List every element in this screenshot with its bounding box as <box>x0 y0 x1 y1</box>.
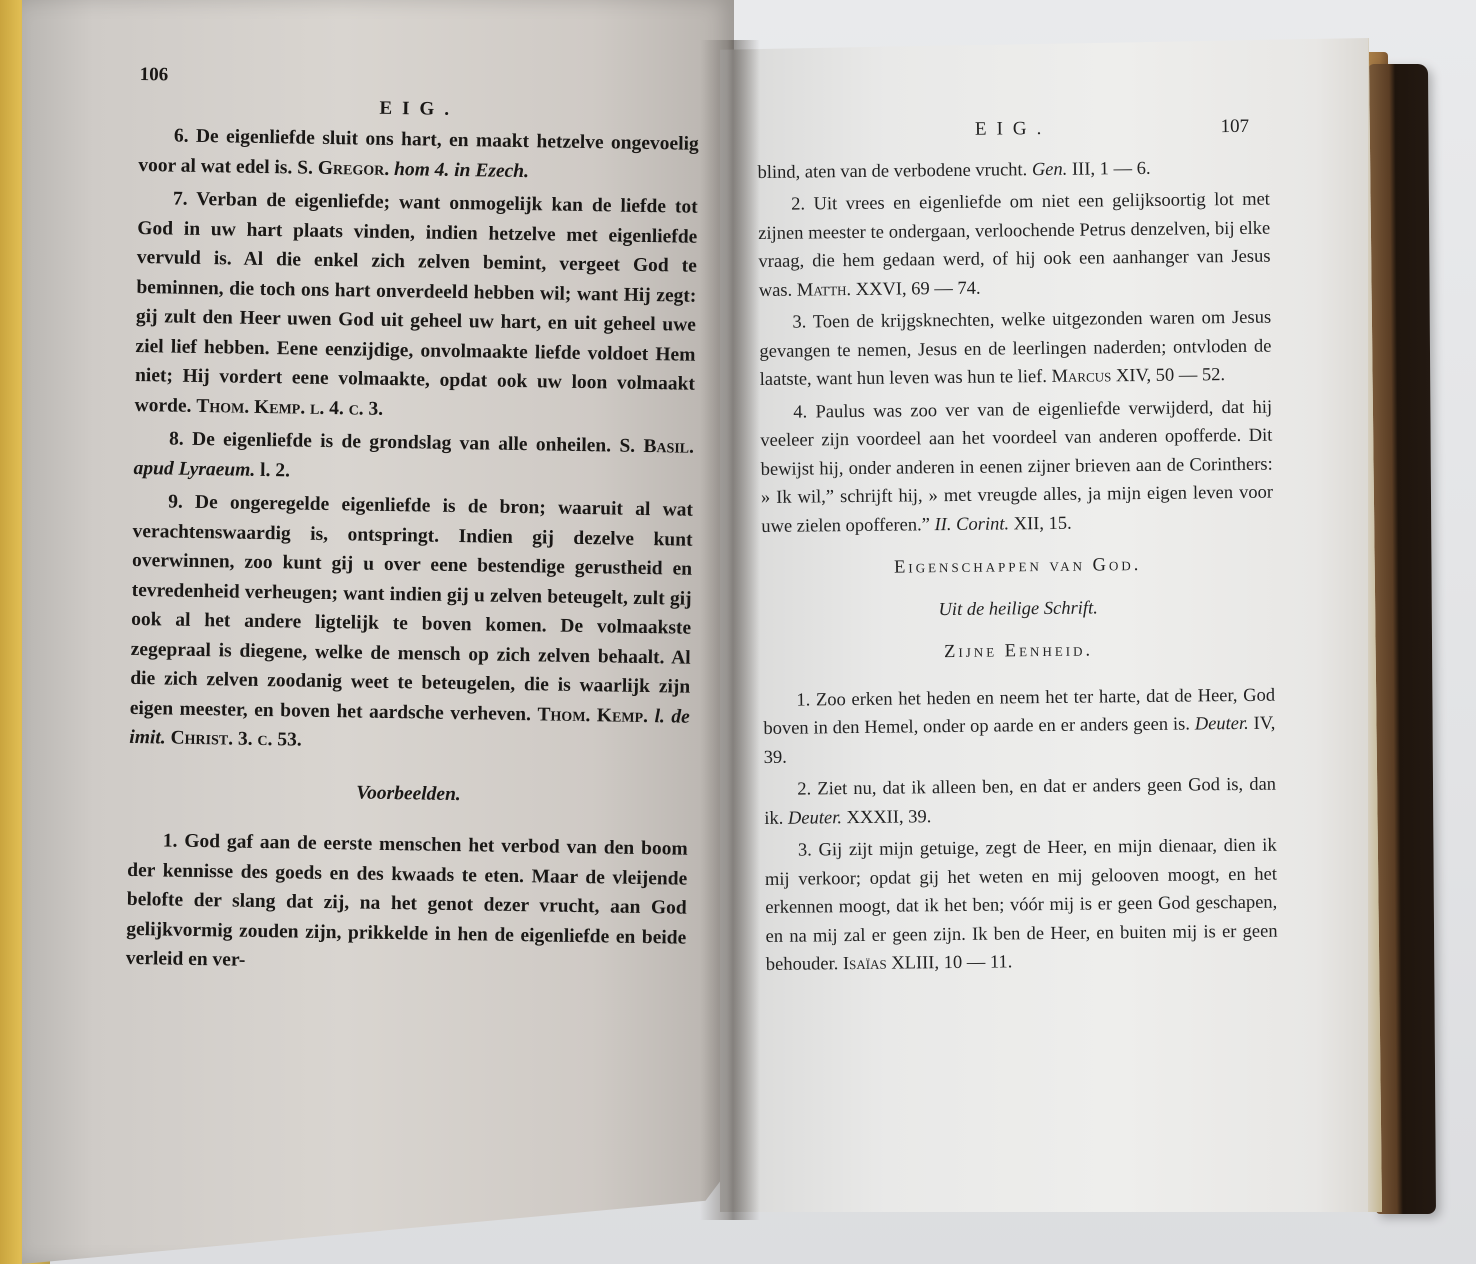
left-page-text: 106 EIG. 6. De eigenliefde sluit ons har… <box>126 60 700 986</box>
paragraph-7: 7. Verban de eigenliefde; want onmogelij… <box>134 184 698 429</box>
book-gutter <box>700 40 760 1220</box>
page-number-right: 107 <box>1220 113 1249 142</box>
subsection-title-eenheid: Zijne Eenheid. <box>762 635 1274 669</box>
right-page-text: 107 EIG. blind, aten van de verbodene vr… <box>757 113 1278 984</box>
continuation-text: blind, aten van de verbodene vrucht. Gen… <box>757 153 1269 187</box>
section-title-voorbeelden: Voorbeelden. <box>128 774 688 812</box>
item-3: 3. Gij zijt mijn getuige, zegt de Heer, … <box>765 832 1278 980</box>
section-title-eigenschappen: Eigenschappen van God. <box>762 550 1274 584</box>
paragraph-6: 6. De eigenliefde sluit ons hart, en maa… <box>138 121 699 189</box>
example-2: 2. Uit vrees en eigenliefde om niet een … <box>758 186 1271 305</box>
example-1: 1. God gaf aan de eerste menschen het ve… <box>126 826 688 982</box>
example-4: 4. Paulus was zoo ver van de eigenliefde… <box>760 393 1273 541</box>
section-subtitle: Uit de heilige Schrift. <box>762 592 1274 626</box>
example-3: 3. Toen de krijgsknechten, welke uitgezo… <box>759 304 1272 395</box>
item-2: 2. Ziet nu, dat ik alleen ben, en dat er… <box>764 771 1277 833</box>
paragraph-8: 8. De eigenliefde is de grondslag van al… <box>133 424 694 492</box>
running-head-right: EIG. <box>757 113 1269 147</box>
paragraph-9: 9. De ongeregelde eigenliefde is de bron… <box>129 487 693 761</box>
item-1: 1. Zoo erken het heden en neem het ter h… <box>763 681 1276 772</box>
